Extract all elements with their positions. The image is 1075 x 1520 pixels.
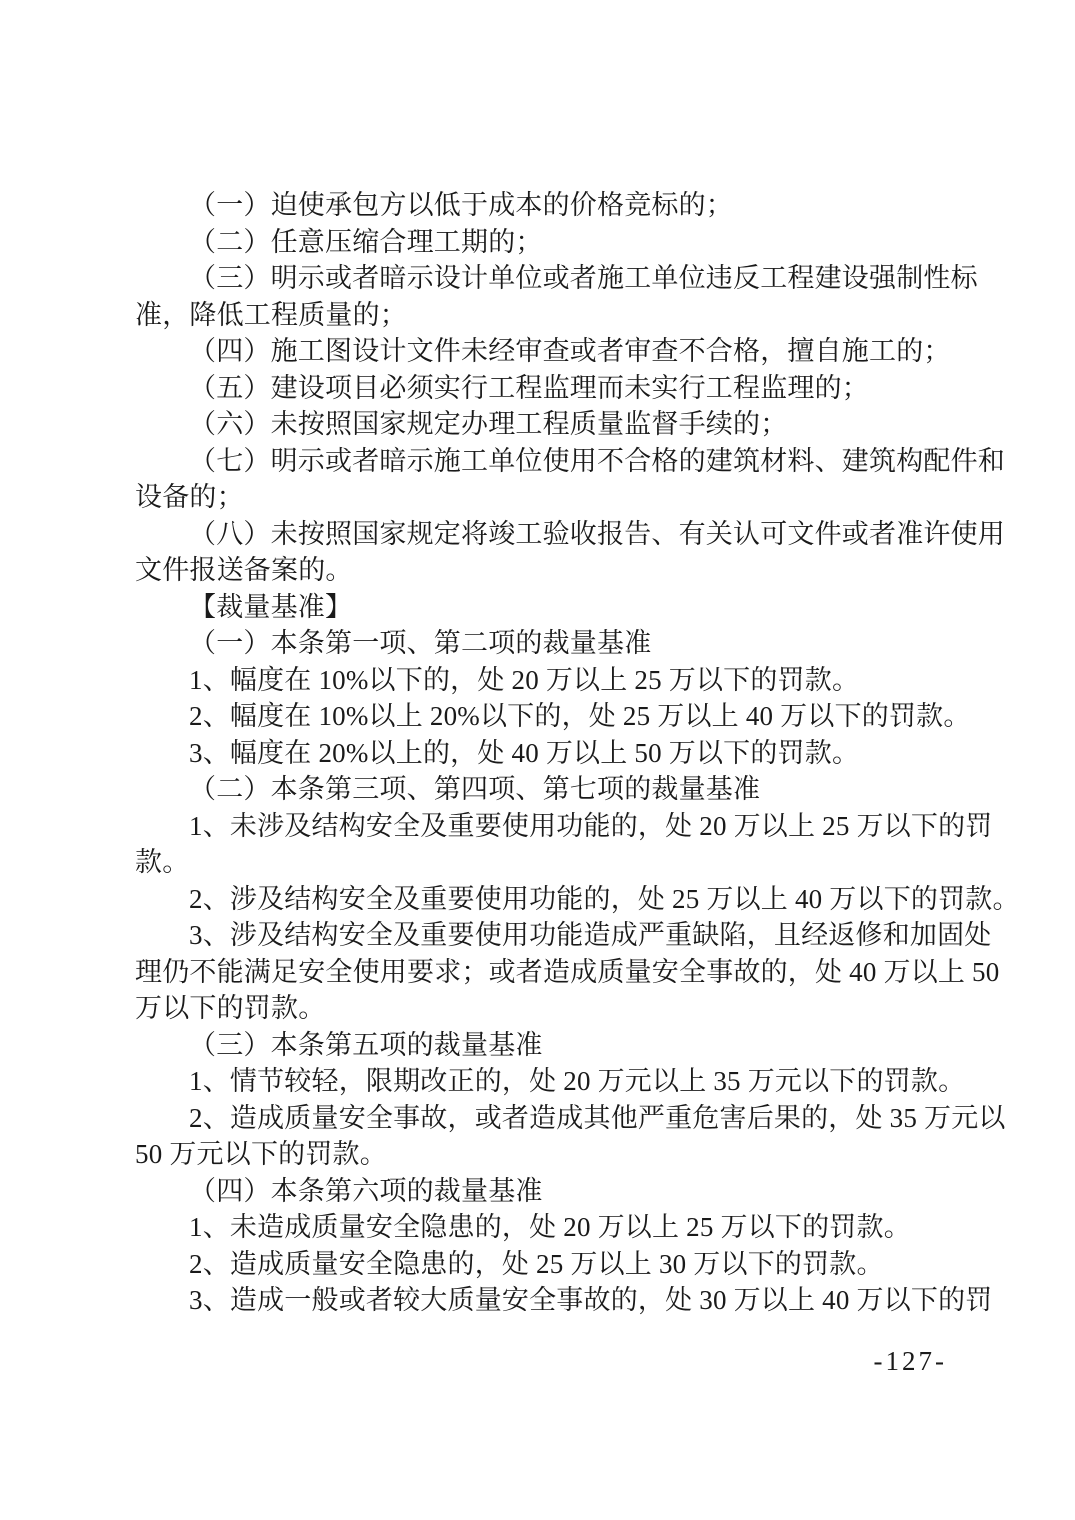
document-body: （一）迫使承包方以低于成本的价格竞标的； （二）任意压缩合理工期的； （三）明示… xyxy=(135,187,959,1319)
document-line: （二）任意压缩合理工期的； xyxy=(135,224,959,261)
document-line: 3、涉及结构安全及重要使用功能造成严重缺陷，且经返修和加固处 xyxy=(135,917,959,954)
document-line: 文件报送备案的。 xyxy=(135,552,959,589)
page-number: -127- xyxy=(874,1346,947,1377)
document-line: （八）未按照国家规定将竣工验收报告、有关认可文件或者准许使用 xyxy=(135,516,959,553)
document-line: （五）建设项目必须实行工程监理而未实行工程监理的； xyxy=(135,370,959,407)
document-line: 2、造成质量安全隐患的，处 25 万以上 30 万以下的罚款。 xyxy=(135,1246,959,1283)
document-line: 3、幅度在 20%以上的，处 40 万以上 50 万以下的罚款。 xyxy=(135,735,959,772)
section-heading: 【裁量基准】 xyxy=(135,589,959,626)
document-line: （四）本条第六项的裁量基准 xyxy=(135,1173,959,1210)
document-line: 2、涉及结构安全及重要使用功能的，处 25 万以上 40 万以下的罚款。 xyxy=(135,881,959,918)
document-line: （一）迫使承包方以低于成本的价格竞标的； xyxy=(135,187,959,224)
document-line: （六）未按照国家规定办理工程质量监督手续的； xyxy=(135,406,959,443)
document-line: （二）本条第三项、第四项、第七项的裁量基准 xyxy=(135,771,959,808)
document-line: （三）本条第五项的裁量基准 xyxy=(135,1027,959,1064)
document-line: 1、未造成质量安全隐患的，处 20 万以上 25 万以下的罚款。 xyxy=(135,1209,959,1246)
document-line: 3、造成一般或者较大质量安全事故的，处 30 万以上 40 万以下的罚 xyxy=(135,1282,959,1319)
document-line: 款。 xyxy=(135,844,959,881)
document-line: 50 万元以下的罚款。 xyxy=(135,1136,959,1173)
document-line: 理仍不能满足安全使用要求；或者造成质量安全事故的，处 40 万以上 50 xyxy=(135,954,959,991)
document-line: 设备的； xyxy=(135,479,959,516)
document-line: （一）本条第一项、第二项的裁量基准 xyxy=(135,625,959,662)
document-line: 准，降低工程质量的； xyxy=(135,297,959,334)
document-page: （一）迫使承包方以低于成本的价格竞标的； （二）任意压缩合理工期的； （三）明示… xyxy=(0,0,1075,1520)
document-line: 2、幅度在 10%以上 20%以下的，处 25 万以上 40 万以下的罚款。 xyxy=(135,698,959,735)
document-line: 1、情节较轻，限期改正的，处 20 万元以上 35 万元以下的罚款。 xyxy=(135,1063,959,1100)
document-line: 2、造成质量安全事故，或者造成其他严重危害后果的，处 35 万元以 xyxy=(135,1100,959,1137)
document-line: 万以下的罚款。 xyxy=(135,990,959,1027)
document-line: 1、幅度在 10%以下的，处 20 万以上 25 万以下的罚款。 xyxy=(135,662,959,699)
document-line: （四）施工图设计文件未经审查或者审查不合格，擅自施工的； xyxy=(135,333,959,370)
document-line: （七）明示或者暗示施工单位使用不合格的建筑材料、建筑构配件和 xyxy=(135,443,959,480)
document-line: 1、未涉及结构安全及重要使用功能的，处 20 万以上 25 万以下的罚 xyxy=(135,808,959,845)
document-line: （三）明示或者暗示设计单位或者施工单位违反工程建设强制性标 xyxy=(135,260,959,297)
